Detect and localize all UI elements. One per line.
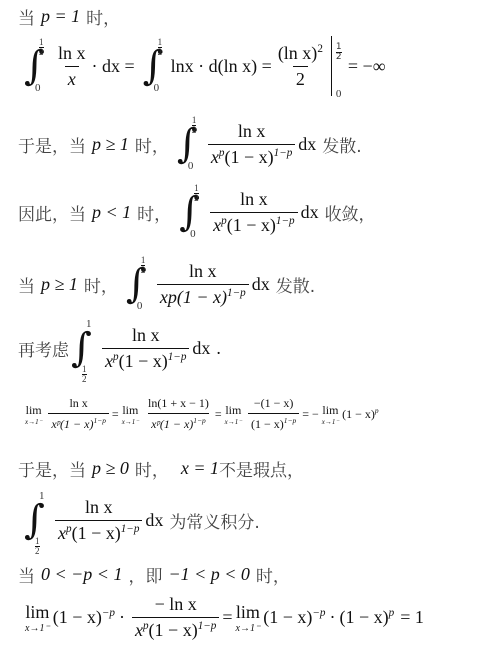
text-prefix: 当: [18, 272, 35, 297]
condition: p ≥ 1: [41, 274, 78, 295]
limit: limx→1⁻: [322, 403, 339, 426]
integrand-fraction: ln x xp(1 − x)1−p: [102, 325, 189, 372]
integrand-fraction: ln x xp(1 − x)1−p: [55, 497, 142, 544]
integral-sign: ∫ 12 0: [177, 186, 203, 238]
dx: dx: [192, 338, 210, 359]
limit: limx→1⁻: [225, 403, 242, 426]
line-case-negative-p: 当 0 < −p < 1 ，即 −1 < p < 0 时，: [18, 562, 290, 587]
integrand-fraction: ln x xp(1 − x)1−p: [157, 261, 249, 308]
integral-sign: ∫ 12 0: [22, 40, 48, 92]
condition: 0 < −p < 1: [41, 564, 122, 585]
condition: p ≥ 0: [92, 458, 129, 479]
integral-sign: ∫ 1 12: [69, 322, 95, 374]
text-suffix: 时，: [86, 4, 120, 29]
text-mid: 时，: [135, 456, 169, 481]
fraction-lnx-over-x: ln x x: [55, 43, 89, 90]
line-integral-evaluation: ∫ 12 0 ln x x · dx = ∫ 12 0 lnx · d(ln x…: [22, 36, 386, 96]
condition: p ≥ 1: [92, 134, 129, 155]
dot: ·: [119, 607, 125, 628]
integral-sign: ∫ 12 0: [175, 118, 201, 170]
line-consider-integral: 再考虑 ∫ 1 12 ln x xp(1 − x)1−p dx .: [18, 322, 221, 374]
limit-fraction: − ln x xp(1 − x)1−p: [132, 594, 219, 641]
limit: limx→1⁻: [25, 602, 50, 634]
limit-fraction-3: −(1 − x) (1 − x)1−p: [248, 396, 299, 432]
condition-2: −1 < p < 0: [168, 564, 249, 585]
text-prefix: 于是，当: [18, 456, 86, 481]
text-suffix: 发散.: [322, 132, 361, 157]
line-diverges-p-ge-1-b: 当 p ≥ 1 时， ∫ 12 0 ln x xp(1 − x)1−p dx 发…: [18, 258, 315, 310]
evaluation-bar: 12 0: [331, 36, 348, 96]
text-mid: ，即: [128, 562, 162, 587]
integral-sign: ∫ 12 0: [124, 258, 150, 310]
equals: =: [112, 407, 119, 422]
factor-c: (1 − x): [340, 607, 389, 627]
text-prefix: 因此，当: [18, 200, 86, 225]
integrand-2: lnx · d(ln x) =: [171, 56, 272, 77]
dx-equals: · dx =: [92, 56, 135, 77]
limit-fraction-1: ln x xᵖ(1 − x)1−p: [48, 396, 109, 432]
line-not-singular: 于是，当 p ≥ 0 时， x = 1 不是瑕点，: [18, 456, 304, 481]
limit: limx→1⁻: [25, 403, 42, 426]
equals-negative: = −: [302, 407, 319, 422]
text-prefix: 于是，当: [18, 132, 86, 157]
integral-sign-2: ∫ 12 0: [141, 40, 167, 92]
dot: ·: [330, 607, 336, 628]
dx: dx: [298, 134, 316, 155]
text-prefix: 再考虑: [18, 336, 69, 361]
text-mid: 时，: [135, 132, 169, 157]
dx: dx: [252, 274, 270, 295]
fraction-lnx-squared-over-2: (ln x)2 2: [275, 43, 326, 90]
integral-sign: ∫ 1 12: [22, 494, 48, 546]
condition: p = 1: [41, 6, 80, 27]
equals: =: [215, 407, 222, 422]
limit: limx→1⁻: [236, 602, 261, 634]
limit: limx→1⁻: [122, 403, 139, 426]
text-mid: 时，: [84, 272, 118, 297]
result: = −∞: [348, 56, 386, 77]
condition-2: x = 1: [181, 458, 219, 479]
line-diverges-p-ge-1: 于是，当 p ≥ 1 时， ∫ 12 0 ln x xp(1 − x)1−p d…: [18, 118, 362, 170]
text-suffix: 发散.: [276, 272, 315, 297]
text-suffix: .: [216, 338, 221, 359]
line-proper-integral: ∫ 1 12 ln x xp(1 − x)1−p dx 为常义积分.: [22, 494, 260, 546]
limit-fraction-2: ln(1 + x − 1) xᵖ(1 − x)1−p: [145, 396, 212, 432]
equals: =: [222, 607, 232, 628]
condition: p < 1: [92, 202, 131, 223]
result: = 1: [400, 607, 424, 628]
tail-expression: (1 − x): [342, 407, 375, 421]
factor-a: (1 − x): [53, 607, 102, 627]
text-suffix: 收敛，: [325, 200, 376, 225]
text-suffix: 不是瑕点，: [219, 456, 304, 481]
line-case-p-equals-1: 当 p = 1 时，: [18, 4, 120, 29]
text-suffix: 时，: [256, 562, 290, 587]
text-mid: 时，: [137, 200, 171, 225]
integrand-fraction: ln x xp(1 − x)1−p: [210, 189, 297, 236]
dx: dx: [145, 510, 163, 531]
line-limit-chain: limx→1⁻ ln x xᵖ(1 − x)1−p = limx→1⁻ ln(1…: [22, 396, 379, 432]
line-converges-p-lt-1: 因此，当 p < 1 时， ∫ 12 0 ln x xp(1 − x)1−p d…: [18, 186, 376, 238]
text-prefix: 当: [18, 562, 35, 587]
integrand-fraction: ln x xp(1 − x)1−p: [208, 121, 295, 168]
line-final-limit: limx→1⁻ (1 − x)−p · − ln x xp(1 − x)1−p …: [22, 594, 424, 641]
text-prefix: 当: [18, 4, 35, 29]
dx: dx: [301, 202, 319, 223]
factor-b: (1 − x): [263, 607, 312, 627]
text-suffix: 为常义积分.: [169, 508, 259, 533]
